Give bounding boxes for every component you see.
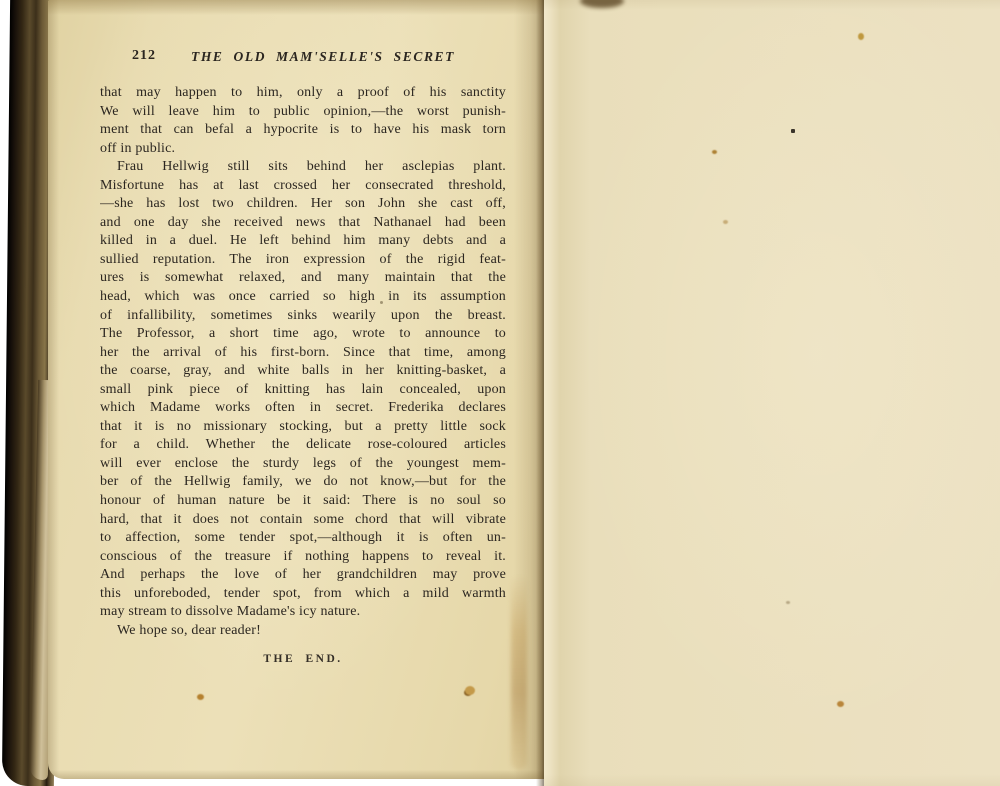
text-line: to affection, some tender spot,—although… <box>100 529 506 548</box>
text-line: small pink piece of knitting has lain co… <box>100 381 506 400</box>
the-end-label: THE END. <box>100 653 506 665</box>
text-line: ures is somewhat relaxed, and many maint… <box>100 269 506 288</box>
text-line: for a child. Whether the delicate rose-c… <box>100 436 506 455</box>
text-line: this unforeboded, tender spot, from whic… <box>100 585 506 604</box>
text-line: hard, that it does not contain some chor… <box>100 511 506 530</box>
text-line: which Madame works often in secret. Fred… <box>100 399 506 418</box>
text-line: the coarse, gray, and white balls in her… <box>100 362 506 381</box>
text-line: off in public. <box>100 140 506 159</box>
text-line: And perhaps the love of her grandchildre… <box>100 566 506 585</box>
text-line: may stream to dissolve Madame's icy natu… <box>100 603 506 622</box>
text-line: that it is no missionary stocking, but a… <box>100 418 506 437</box>
text-line: killed in a duel. He left behind him man… <box>100 232 506 251</box>
text-line: of infallibility, sometimes sinks wearil… <box>100 307 506 326</box>
text-line: head, which was once carried so high in … <box>100 288 506 307</box>
gutter-stain <box>511 575 527 770</box>
scanned-book-photo: { "book": { "colors": { "paper_left": "#… <box>0 0 1000 786</box>
text-line: conscious of the treasure if nothing hap… <box>100 548 506 567</box>
text-line: sullied reputation. The iron expression … <box>100 251 506 270</box>
body-text: that may happen to him, only a proof of … <box>100 84 506 640</box>
right-page-blank <box>544 0 1000 786</box>
text-line: Misfortune has at last crossed her conse… <box>100 177 506 196</box>
text-line: The Professor, a short time ago, wrote t… <box>100 325 506 344</box>
text-line: —she has lost two children. Her son John… <box>100 195 506 214</box>
text-line: and one day she received news that Natha… <box>100 214 506 233</box>
left-page-text-column: 212 THE OLD MAM'SELLE'S SECRET that may … <box>100 0 506 779</box>
text-line: ment that can befal a hypocrite is to ha… <box>100 121 506 140</box>
right-page-shading <box>544 0 1000 786</box>
text-line: that may happen to him, only a proof of … <box>100 84 506 103</box>
text-line: We hope so, dear reader! <box>100 622 506 641</box>
text-line: her the arrival of his first-born. Since… <box>100 344 506 363</box>
text-line: honour of human nature be it said: There… <box>100 492 506 511</box>
text-line: We will leave him to public opinion,—the… <box>100 103 506 122</box>
text-line: Frau Hellwig still sits behind her ascle… <box>100 158 506 177</box>
running-title: THE OLD MAM'SELLE'S SECRET <box>140 49 506 65</box>
text-line: will ever enclose the sturdy legs of the… <box>100 455 506 474</box>
text-line: ber of the Hellwig family, we do not kno… <box>100 473 506 492</box>
left-page: 212 THE OLD MAM'SELLE'S SECRET that may … <box>48 0 544 779</box>
